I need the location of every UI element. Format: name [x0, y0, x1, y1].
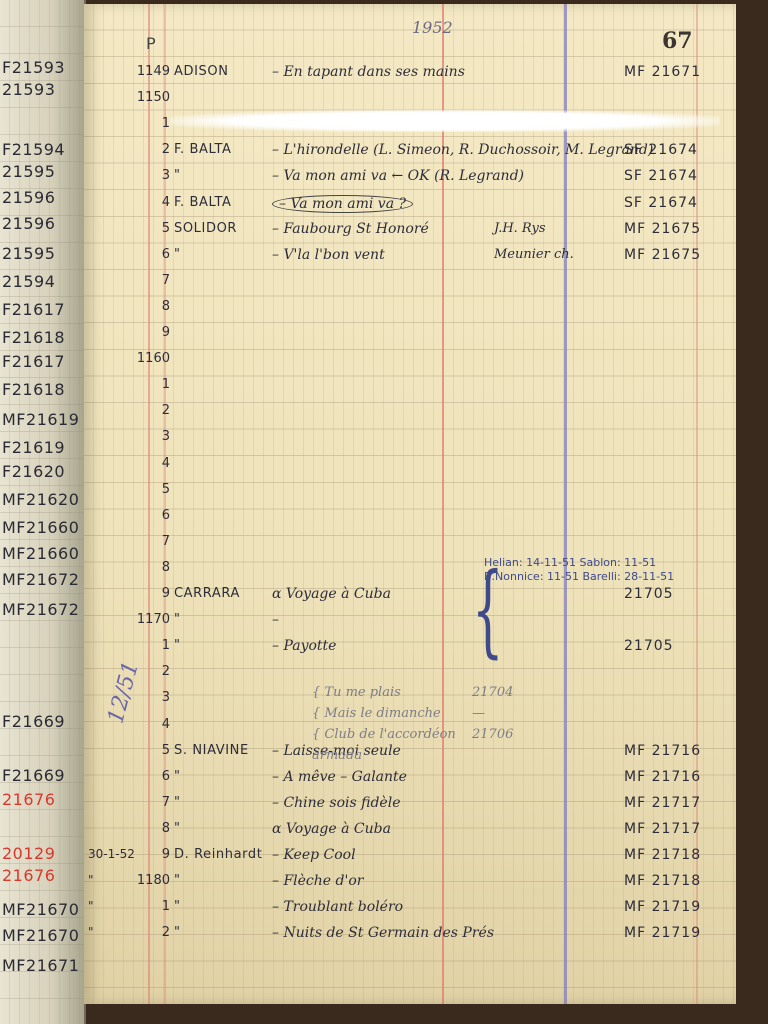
left-ref-number: F21594: [2, 140, 65, 159]
page-number: 67: [662, 28, 693, 54]
sublist-ref: 21704: [472, 682, 513, 703]
row-number: 1149: [110, 64, 170, 79]
left-ref-number: 21594: [2, 272, 55, 291]
row-title: – Keep Cool: [272, 847, 356, 863]
row-catalog-ref: SF 21674: [624, 195, 698, 211]
row-date: ": [88, 873, 94, 887]
left-ref-number: F21593: [2, 58, 65, 77]
left-ref-number: 21676: [2, 866, 55, 885]
ledger-row: 8: [84, 299, 736, 324]
row-number: 4: [110, 717, 170, 732]
row-artist: CARRARA: [174, 586, 240, 601]
row-title: α Voyage à Cuba: [272, 586, 391, 602]
pencil-sublist-item: armada: [312, 745, 456, 766]
row-title: α Voyage à Cuba: [272, 821, 391, 837]
ledger-row: 8"α Voyage à CubaMF 21717: [84, 821, 736, 846]
left-ref-number: 21596: [2, 214, 55, 233]
pencil-sublist: { Tu me plais21704{ Mais le dimanche—{ C…: [312, 682, 456, 766]
ledger-row: 8: [84, 560, 736, 585]
row-number: 2: [110, 142, 170, 157]
row-artist: ": [174, 168, 181, 183]
ledger-row: 30-1-529D. Reinhardt– Keep CoolMF 21718: [84, 847, 736, 872]
row-number: 1170: [110, 612, 170, 627]
row-catalog-ref: MF 21719: [624, 899, 701, 915]
row-artist: ": [174, 873, 181, 888]
row-number: 2: [110, 664, 170, 679]
ledger-row: 9: [84, 325, 736, 350]
sublist-ref: 21706: [472, 724, 513, 745]
ledger-row: 5SOLIDOR– Faubourg St HonoréJ.H. RysMF 2…: [84, 221, 736, 246]
ledger-row: 1"– Payotte21705: [84, 638, 736, 663]
row-catalog-ref: SF 21674: [624, 142, 698, 158]
sublist-ref: —: [472, 703, 485, 724]
row-title: –: [272, 612, 279, 628]
row-artist: F. BALTA: [174, 195, 232, 210]
row-number: 9: [110, 586, 170, 601]
ledger-row: 6: [84, 508, 736, 533]
row-number: 1160: [110, 351, 170, 366]
row-number: 6: [110, 769, 170, 784]
left-ref-number: 20129: [2, 844, 55, 863]
ledger-row: 3: [84, 429, 736, 454]
row-catalog-ref: SF 21674: [624, 168, 698, 184]
ledger-row: 1: [84, 116, 736, 141]
row-number: 2: [110, 925, 170, 940]
ledger-row: 7: [84, 534, 736, 559]
row-number: 8: [110, 560, 170, 575]
sublist-title: { Mais le dimanche: [312, 706, 441, 721]
row-number: 1: [110, 638, 170, 653]
row-number: 3: [110, 690, 170, 705]
row-catalog-ref: 21705: [624, 638, 674, 654]
left-ref-number: F21669: [2, 766, 65, 785]
row-artist: ": [174, 769, 181, 784]
left-ref-number: 21593: [2, 80, 55, 99]
row-number: 5: [110, 743, 170, 758]
pencil-sublist-item: { Mais le dimanche—: [312, 703, 456, 724]
row-artist: S. NIAVINE: [174, 743, 249, 758]
row-catalog-ref: 21705: [624, 586, 674, 602]
left-ref-number: 21596: [2, 188, 55, 207]
left-ref-number: MF21620: [2, 490, 79, 509]
ledger-row: "1180"– Flèche d'orMF 21718: [84, 873, 736, 898]
left-ref-number: MF21660: [2, 518, 79, 537]
left-ref-number: F21619: [2, 438, 65, 457]
row-catalog-ref: MF 21719: [624, 925, 701, 941]
row-number: 9: [110, 847, 170, 862]
pencil-sublist-item: { Club de l'accordéon21706: [312, 724, 456, 745]
left-ref-number: F21617: [2, 352, 65, 371]
row-number: 9: [110, 325, 170, 340]
row-artist: ADISON: [174, 64, 229, 79]
row-title: – Troublant boléro: [272, 899, 403, 915]
ledger-row: 2: [84, 403, 736, 428]
left-ref-number: F21618: [2, 328, 65, 347]
row-number: 1: [110, 377, 170, 392]
ledger-page: 1952 67 P Helian: 14-11-51 Sablon: 11-51…: [84, 4, 736, 1004]
ledger-row: "2"– Nuits de St Germain des PrésMF 2171…: [84, 925, 736, 950]
row-catalog-ref: MF 21717: [624, 821, 701, 837]
ledger-row: 6"– A mêve – GalanteMF 21716: [84, 769, 736, 794]
left-ref-number: MF21670: [2, 900, 79, 919]
row-artist: SOLIDOR: [174, 221, 237, 236]
row-artist: ": [174, 795, 181, 810]
row-number: 7: [110, 795, 170, 810]
left-ref-number: MF21660: [2, 544, 79, 563]
ledger-row: 1: [84, 377, 736, 402]
row-title: – Chine sois fidèle: [272, 795, 400, 811]
row-number: 1150: [110, 90, 170, 105]
ledger-row: 3"– Va mon ami va ← OK (R. Legrand)SF 21…: [84, 168, 736, 193]
left-page-margin: F2159321593F2159421595215962159621595215…: [0, 0, 86, 1024]
row-number: 5: [110, 482, 170, 497]
ledger-row: 1160: [84, 351, 736, 376]
sublist-title: armada: [312, 748, 362, 763]
left-ref-number: F21620: [2, 462, 65, 481]
left-ref-number: 21676: [2, 790, 55, 809]
left-ref-number: MF21672: [2, 570, 79, 589]
left-ref-number: MF21670: [2, 926, 79, 945]
row-artist: ": [174, 925, 181, 940]
row-note: Meunier ch.: [494, 247, 574, 262]
ledger-row: "1"– Troublant boléroMF 21719: [84, 899, 736, 924]
row-title: – Faubourg St Honoré: [272, 221, 429, 237]
left-ref-number: F21617: [2, 300, 65, 319]
row-number: 1: [110, 116, 170, 131]
page-year: 1952: [412, 18, 453, 37]
row-number: 4: [110, 195, 170, 210]
row-catalog-ref: MF 21718: [624, 847, 701, 863]
row-number: 4: [110, 456, 170, 471]
row-artist: ": [174, 821, 181, 836]
left-ref-number: F21618: [2, 380, 65, 399]
row-number: 1180: [110, 873, 170, 888]
row-number: 8: [110, 299, 170, 314]
row-title: – V'la l'bon vent: [272, 247, 385, 263]
pencil-sublist-item: { Tu me plais21704: [312, 682, 456, 703]
ledger-row: 7: [84, 273, 736, 298]
column-header: P: [146, 34, 156, 53]
row-date: ": [88, 899, 94, 913]
row-catalog-ref: MF 21716: [624, 769, 701, 785]
ledger-row: 9CARRARAα Voyage à Cuba21705: [84, 586, 736, 611]
row-number: 6: [110, 247, 170, 262]
ledger-row: 1170"–: [84, 612, 736, 637]
row-artist: F. BALTA: [174, 142, 232, 157]
row-catalog-ref: MF 21716: [624, 743, 701, 759]
row-number: 7: [110, 534, 170, 549]
row-number: 2: [110, 403, 170, 418]
row-artist: ": [174, 247, 181, 262]
ledger-row: 1149ADISON– En tapant dans ses mainsMF 2…: [84, 64, 736, 89]
left-ref-number: F21669: [2, 712, 65, 731]
row-catalog-ref: MF 21675: [624, 221, 701, 237]
ledger-row: 2F. BALTA– L'hirondelle (L. Simeon, R. D…: [84, 142, 736, 167]
row-catalog-ref: MF 21717: [624, 795, 701, 811]
sublist-title: { Club de l'accordéon: [312, 727, 456, 742]
row-title: – L'hirondelle (L. Simeon, R. Duchossoir…: [272, 142, 653, 158]
row-artist: D. Reinhardt: [174, 847, 262, 862]
ledger-row: 4F. BALTA– Va mon ami va ?SF 21674: [84, 195, 736, 220]
row-number: 7: [110, 273, 170, 288]
left-ref-number: MF21672: [2, 600, 79, 619]
row-title: – Nuits de St Germain des Prés: [272, 925, 494, 941]
row-title: – Va mon ami va ?: [272, 195, 413, 213]
row-artist: ": [174, 638, 181, 653]
sublist-title: { Tu me plais: [312, 685, 401, 700]
row-artist: ": [174, 612, 181, 627]
left-ref-number: MF21619: [2, 410, 79, 429]
row-number: 6: [110, 508, 170, 523]
ledger-row: 1150: [84, 90, 736, 115]
row-title: – En tapant dans ses mains: [272, 64, 465, 80]
row-number: 8: [110, 821, 170, 836]
row-number: 5: [110, 221, 170, 236]
row-title: – Payotte: [272, 638, 336, 654]
left-ref-number: 21595: [2, 162, 55, 181]
row-title: – Flèche d'or: [272, 873, 363, 889]
row-catalog-ref: MF 21675: [624, 247, 701, 263]
row-catalog-ref: MF 21671: [624, 64, 701, 80]
row-number: 1: [110, 899, 170, 914]
ledger-row: 6"– V'la l'bon ventMeunier ch.MF 21675: [84, 247, 736, 272]
row-number: 3: [110, 429, 170, 444]
row-date: ": [88, 925, 94, 939]
row-catalog-ref: MF 21718: [624, 873, 701, 889]
left-ref-number: MF21671: [2, 956, 79, 975]
row-note: J.H. Rys: [494, 221, 546, 236]
ledger-row: 7"– Chine sois fidèleMF 21717: [84, 795, 736, 820]
row-title: – Va mon ami va ← OK (R. Legrand): [272, 168, 524, 184]
row-title: – A mêve – Galante: [272, 769, 407, 785]
left-ref-number: 21595: [2, 244, 55, 263]
ledger-row: 5: [84, 482, 736, 507]
row-artist: ": [174, 899, 181, 914]
row-number: 3: [110, 168, 170, 183]
ledger-row: 4: [84, 456, 736, 481]
